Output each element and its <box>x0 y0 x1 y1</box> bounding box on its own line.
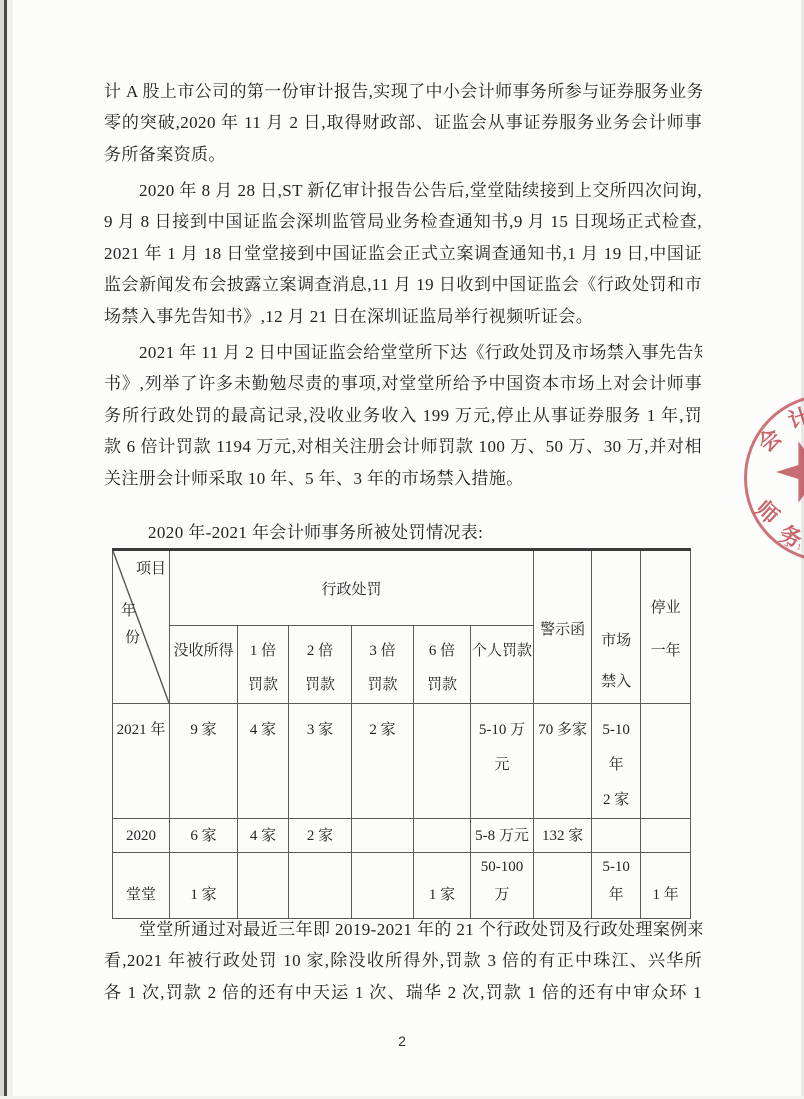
header-line: 1 倍 <box>238 634 288 668</box>
header-line: 罚款 <box>238 668 288 702</box>
cell <box>592 819 641 853</box>
header-confiscated-income: 没收所得 <box>170 626 238 704</box>
header-fine-6x: 6 倍 罚款 <box>414 626 471 704</box>
text-line: 务所备案资质。 <box>104 139 702 170</box>
cell <box>641 819 691 853</box>
cell <box>414 819 471 853</box>
cell: 70 多家 <box>534 704 592 819</box>
table-row-2021: 2021 年 9 家 4 家 3 家 2 家 5-10 万 元 70 多家 5-… <box>113 704 691 819</box>
text-line: 计 A 股上市公司的第一份审计报告,实现了中小会计师事务所参与证券服务业务 <box>104 76 702 107</box>
penalty-table: 项目 年 份 行政处罚 警示函 市场 禁入 停业 一年 没收所得 1 倍 <box>112 548 691 919</box>
header-line: 2 倍 <box>289 634 351 668</box>
header-line: 6 倍 <box>414 634 470 668</box>
corner-header-cell: 项目 年 份 <box>113 550 170 704</box>
header-warning-letter: 警示函 <box>534 550 592 704</box>
text-line: 堂堂所通过对最近三年即 2019-2021 年的 21 个行政处罚及行政处理案例… <box>104 914 702 945</box>
text-line: 2021 年 1 月 18 日堂堂接到中国证监会正式立案调查通知书,1 月 19… <box>104 238 702 269</box>
header-fine-2x: 2 倍 罚款 <box>289 626 352 704</box>
paragraph-4: 堂堂所通过对最近三年即 2019-2021 年的 21 个行政处罚及行政处理案例… <box>104 914 702 1008</box>
cell: 4 家 <box>238 704 289 819</box>
corner-label-project: 项目 <box>136 557 166 578</box>
table-row-2020: 2020 6 家 4 家 2 家 5-8 万元 132 家 <box>113 819 691 853</box>
document-page: 计 A 股上市公司的第一份审计报告,实现了中小会计师事务所参与证券服务业务 零的… <box>0 0 804 1099</box>
cell <box>352 819 414 853</box>
cell: 5-8 万元 <box>471 819 534 853</box>
cell: 5-10 年 2 家 <box>592 704 641 819</box>
cell <box>238 853 289 919</box>
cell: 3 家 <box>289 704 352 819</box>
table-row-tangtang: 堂堂 1 家 1 家 50-100 万 5-10 年 1 年 <box>113 853 691 919</box>
cell <box>414 704 471 819</box>
header-personal-fine: 个人罚款 <box>471 626 534 704</box>
header-market-ban: 市场 禁入 <box>592 550 641 704</box>
header-fine-1x: 1 倍 罚款 <box>238 626 289 704</box>
header-suspension-one-year: 停业 一年 <box>641 550 691 704</box>
text-line: 款 6 倍计罚款 1194 万元,对相关注册会计师罚款 100 万、50 万、3… <box>104 431 702 462</box>
cell: 50-100 万 <box>471 853 534 919</box>
scan-edge-left-haze <box>7 0 13 1099</box>
row-label: 2020 <box>113 819 170 853</box>
header-line: 罚款 <box>289 668 351 702</box>
header-line: 没收所得 <box>170 634 237 668</box>
text-line: 2021 年 11 月 2 日中国证监会给堂堂所下达《行政处罚及市场禁入事先告知 <box>104 337 702 368</box>
table-caption: 2020 年-2021 年会计师事务所被处罚情况表: <box>104 517 746 548</box>
cell: 1 年 <box>641 853 691 919</box>
cell: 2 家 <box>352 704 414 819</box>
row-label: 2021 年 <box>113 704 170 819</box>
text-line: 各 1 次,罚款 2 倍的还有中天运 1 次、瑞华 2 次,罚款 1 倍的还有中… <box>104 977 702 1008</box>
cell: 6 家 <box>170 819 238 853</box>
paragraph-3: 2021 年 11 月 2 日中国证监会给堂堂所下达《行政处罚及市场禁入事先告知… <box>104 337 702 494</box>
corner-label-year-1: 年 <box>121 599 136 620</box>
red-seal-stamp: 会 计 师 务 4 1 0 <box>744 394 804 556</box>
group-header-admin-penalty: 行政处罚 <box>170 550 534 626</box>
header-line: 禁入 <box>592 662 640 703</box>
row-label: 堂堂 <box>113 853 170 919</box>
cell <box>534 853 592 919</box>
cell: 9 家 <box>170 704 238 819</box>
text-line: 9 月 8 日接到中国证监会深圳监管局业务检查通知书,9 月 15 日现场正式检… <box>104 206 702 237</box>
header-line: 罚款 <box>352 668 413 702</box>
text-line: 看,2021 年被行政处罚 10 家,除没收所得外,罚款 3 倍的有正中珠江、兴… <box>104 945 702 976</box>
paragraph-1: 计 A 股上市公司的第一份审计报告,实现了中小会计师事务所参与证券服务业务 零的… <box>104 76 702 170</box>
header-line: 3 倍 <box>352 634 413 668</box>
header-line: 罚款 <box>414 668 470 702</box>
cell <box>289 853 352 919</box>
cell: 4 家 <box>238 819 289 853</box>
text-line: 零的突破,2020 年 11 月 2 日,取得财政部、证监会从事证券服务业务会计… <box>104 107 702 138</box>
cell: 1 家 <box>170 853 238 919</box>
text-line: 务所行政处罚的最高记录,没收业务收入 199 万元,停止从事证券服务 1 年,罚 <box>104 400 702 431</box>
text-line: 2020 年 8 月 28 日,ST 新亿审计报告公告后,堂堂陆续接到上交所四次… <box>104 175 702 206</box>
cell <box>352 853 414 919</box>
header-line: 警示函 <box>534 619 591 641</box>
cell: 5-10 年 <box>592 853 641 919</box>
header-line: 个人罚款 <box>471 634 533 668</box>
text-line: 场禁入事先告知书》,12 月 21 日在深圳证监局举行视频听证会。 <box>104 301 702 332</box>
header-line: 市场 <box>592 621 640 662</box>
text-line: 书》,列举了许多未勤勉尽责的事项,对堂堂所给予中国资本市场上对会计师事 <box>104 368 702 399</box>
text-line: 监会新闻发布会披露立案调查消息,11 月 19 日收到中国证监会《行政处罚和市 <box>104 269 702 300</box>
header-line: 停业 <box>641 587 690 630</box>
page-number: 2 <box>0 1033 804 1049</box>
header-fine-3x: 3 倍 罚款 <box>352 626 414 704</box>
text-line: 关注册会计师采取 10 年、5 年、3 年的市场禁入措施。 <box>104 463 702 494</box>
cell: 132 家 <box>534 819 592 853</box>
cell: 5-10 万 元 <box>471 704 534 819</box>
header-line: 一年 <box>641 630 690 673</box>
corner-label-year-2: 份 <box>125 626 140 647</box>
cell <box>641 704 691 819</box>
cell: 2 家 <box>289 819 352 853</box>
paragraph-2: 2020 年 8 月 28 日,ST 新亿审计报告公告后,堂堂陆续接到上交所四次… <box>104 175 702 332</box>
cell: 1 家 <box>414 853 471 919</box>
